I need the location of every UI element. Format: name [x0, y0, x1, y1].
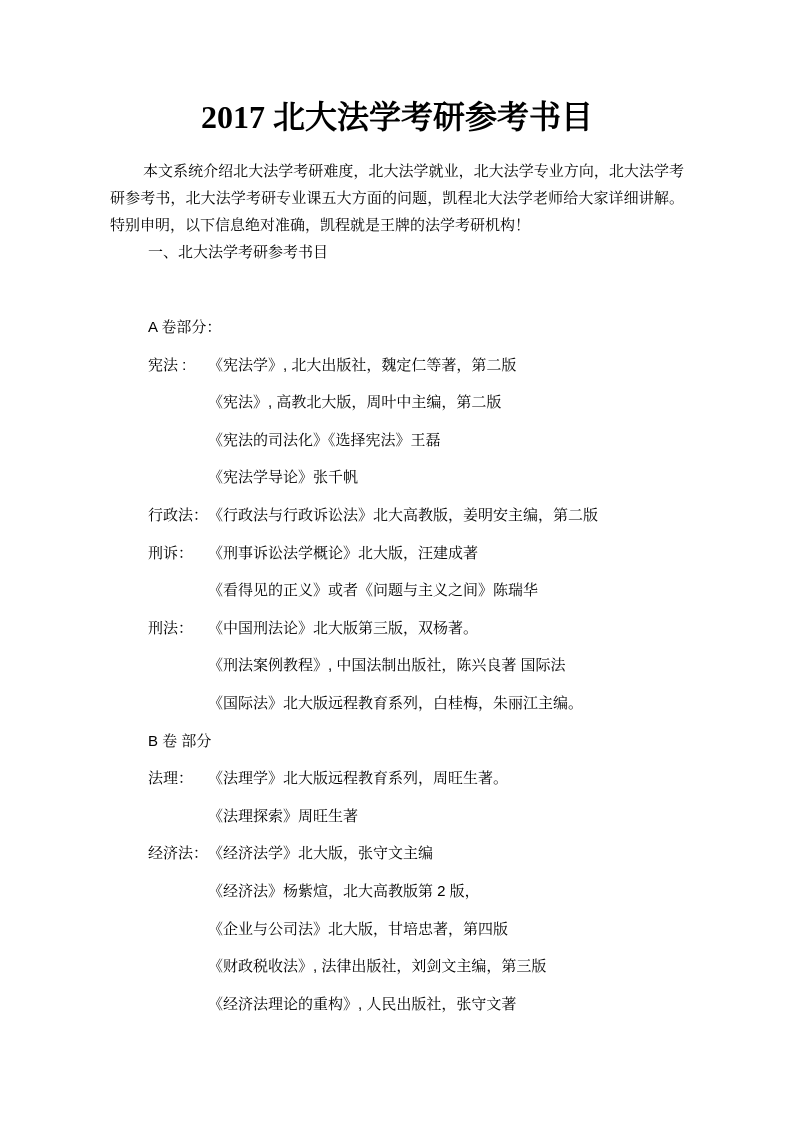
book-row: 《经济法》杨紫煊，北大高教版第 2 版，: [148, 873, 684, 911]
book-row: 刑诉：《刑事诉讼法学概论》北大版，汪建成著: [148, 535, 684, 573]
document-page: 2017 北大法学考研参考书目 本文系统介绍北大法学考研难度，北大法学就业，北大…: [0, 0, 794, 1123]
book-row: 刑法：《中国刑法论》北大版第三版，双杨著。: [148, 610, 684, 648]
book-entry: 《国际法》北大版远程教育系列，白桂梅，朱丽江主编。: [208, 695, 583, 712]
book-entry: 《企业与公司法》北大版，甘培忠著，第四版: [208, 921, 508, 938]
subject-label: 经济法：: [148, 835, 208, 873]
book-row: 法理：《法理学》北大版远程教育系列，周旺生著。: [148, 760, 684, 798]
part-heading-label: B 卷 部分: [148, 723, 211, 761]
subject-label: 宪法 :: [148, 347, 208, 385]
book-entry: 《宪法学》, 北大出版社，魏定仁等著，第二版: [208, 357, 516, 374]
book-row: 行政法：《行政法与行政诉讼法》北大高教版，姜明安主编，第二版: [148, 497, 684, 535]
book-entry: 《法理探索》周旺生著: [208, 808, 358, 825]
book-row: 《宪法学导论》张千帆: [148, 459, 684, 497]
book-entry: 《行政法与行政诉讼法》北大高教版，姜明安主编，第二版: [208, 507, 598, 524]
subject-label: 法理：: [148, 760, 208, 798]
subject-label: 刑法：: [148, 610, 208, 648]
book-row: 《国际法》北大版远程教育系列，白桂梅，朱丽江主编。: [148, 685, 684, 723]
book-entry: 《经济法学》北大版，张守文主编: [208, 845, 433, 862]
reference-book-list: A 卷部分： 宪法 :《宪法学》, 北大出版社，魏定仁等著，第二版 《宪法》, …: [148, 309, 684, 1023]
book-row: 《经济法理论的重构》, 人民出版社，张守文著: [148, 986, 684, 1024]
book-entry: 《财政税收法》, 法律出版社，刘剑文主编，第三版: [208, 958, 546, 975]
book-row: 《财政税收法》, 法律出版社，刘剑文主编，第三版: [148, 948, 684, 986]
subject-label: 行政法：: [148, 497, 208, 535]
page-title: 2017 北大法学考研参考书目: [110, 0, 684, 137]
book-row: 《法理探索》周旺生著: [148, 798, 684, 836]
intro-paragraph: 本文系统介绍北大法学考研难度，北大法学就业，北大法学专业方向，北大法学考研参考书…: [110, 158, 684, 239]
book-entry: 《法理学》北大版远程教育系列，周旺生著。: [208, 770, 508, 787]
book-row: 《刑法案例教程》, 中国法制出版社，陈兴良著 国际法: [148, 647, 684, 685]
book-row: 《企业与公司法》北大版，甘培忠著，第四版: [148, 911, 684, 949]
subject-label: 刑诉：: [148, 535, 208, 573]
book-row: 《看得见的正义》或者《问题与主义之间》陈瑞华: [148, 572, 684, 610]
book-entry: 《刑事诉讼法学概论》北大版，汪建成著: [208, 545, 478, 562]
book-row: 宪法 :《宪法学》, 北大出版社，魏定仁等著，第二版: [148, 347, 684, 385]
part-b-heading-row: B 卷 部分: [148, 723, 684, 761]
book-entry: 《经济法》杨紫煊，北大高教版第 2 版，: [208, 883, 480, 900]
part-a-heading-row: A 卷部分：: [148, 309, 684, 347]
book-entry: 《看得见的正义》或者《问题与主义之间》陈瑞华: [208, 582, 538, 599]
book-row: 经济法：《经济法学》北大版，张守文主编: [148, 835, 684, 873]
book-entry: 《刑法案例教程》, 中国法制出版社，陈兴良著 国际法: [208, 657, 566, 674]
book-entry: 《经济法理论的重构》, 人民出版社，张守文著: [208, 996, 516, 1013]
book-entry: 《宪法的司法化》《选择宪法》王磊: [208, 432, 441, 449]
book-row: 《宪法》, 高教北大版，周叶中主编，第二版: [148, 384, 684, 422]
book-row: 《宪法的司法化》《选择宪法》王磊: [148, 422, 684, 460]
book-entry: 《宪法学导论》张千帆: [208, 469, 358, 486]
section-heading: 一、北大法学考研参考书目: [148, 239, 684, 266]
book-entry: 《中国刑法论》北大版第三版，双杨著。: [208, 620, 478, 637]
book-entry: 《宪法》, 高教北大版，周叶中主编，第二版: [208, 394, 501, 411]
part-heading-label: A 卷部分：: [148, 309, 221, 347]
